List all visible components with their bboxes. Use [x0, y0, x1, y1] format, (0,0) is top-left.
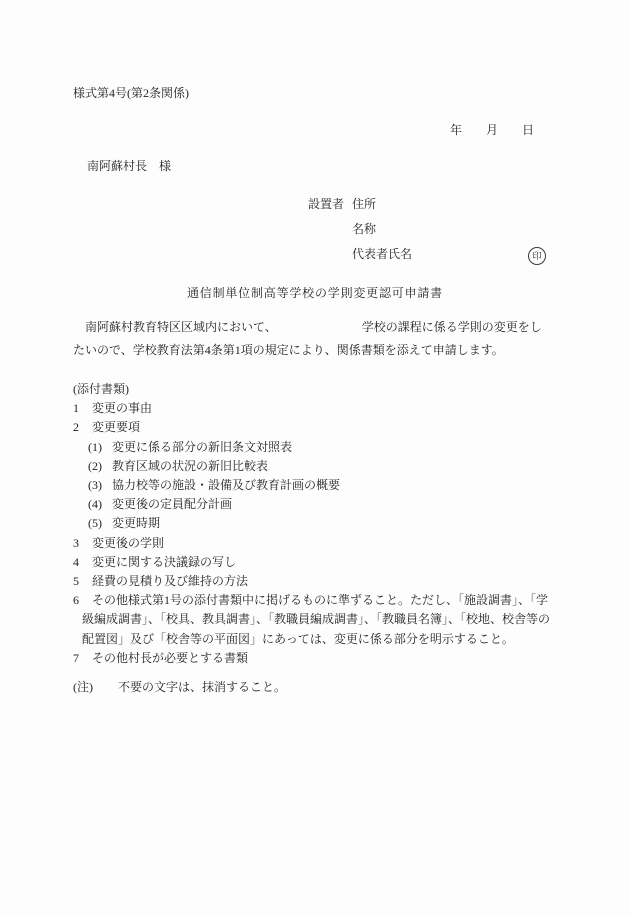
applicant-row: 代表者氏名: [73, 242, 557, 267]
item-number: 4: [73, 553, 92, 572]
item-text: 変更の事由: [92, 401, 152, 415]
list-item: (2)教育区域の状況の新旧比較表: [88, 457, 557, 476]
list-item: 5経費の見積り及び維持の方法: [73, 572, 557, 591]
applicant-row: 設置者 住所: [73, 192, 557, 217]
item-text: 教育区域の状況の新旧比較表: [112, 459, 268, 473]
list-item: 7その他村長が必要とする書類: [73, 649, 557, 668]
attachments-heading: (添付書類): [73, 380, 557, 399]
applicant-block: 設置者 住所 名称 代表者氏名 印: [73, 192, 557, 267]
item-text: その他村長が必要とする書類: [92, 651, 248, 665]
list-item: 2変更要項: [73, 418, 557, 437]
page: 様式第4号(第2条関係) 年 月 日 南阿蘇村長 様 設置者 住所 名称 代表者…: [0, 0, 630, 915]
list-item: (4)変更後の定員配分計画: [88, 495, 557, 514]
item-text: 変更後の定員配分計画: [112, 497, 232, 511]
item-number: 3: [73, 534, 92, 553]
list-item: (3)協力校等の施設・設備及び教育計画の概要: [88, 476, 557, 495]
item-text: 経費の見積り及び維持の方法: [92, 574, 248, 588]
item-number: 5: [73, 572, 92, 591]
item-text: 協力校等の施設・設備及び教育計画の概要: [112, 478, 340, 492]
item-number: (4): [88, 495, 112, 514]
note-label: (注): [73, 678, 118, 697]
form-number: 様式第4号(第2条関係): [73, 83, 557, 103]
application-body: 南阿蘇村教育特区区域内において、学校の課程に係る学則の変更をし たいので、学校教…: [73, 316, 557, 362]
item-number: 1: [73, 399, 92, 418]
list-item: 1変更の事由: [73, 399, 557, 418]
document-title: 通信制単位制高等学校の学則変更認可申請書: [73, 283, 557, 303]
addressee: 南阿蘇村長 様: [87, 156, 557, 176]
item-text: 変更要項: [92, 420, 140, 434]
item-number: (1): [88, 438, 112, 457]
date-line: 年 月 日: [73, 120, 557, 140]
seal-stamp: 印: [528, 247, 546, 265]
body-line-2: たいので、学校教育法第4条第1項の規定により、関係書類を添えて申請します。: [73, 339, 557, 362]
attachments-list: 1変更の事由 2変更要項 (1)変更に係る部分の新旧条文対照表 (2)教育区域の…: [73, 399, 557, 668]
applicant-row: 名称: [73, 217, 557, 242]
note-line: (注)不要の文字は、抹消すること。: [73, 678, 557, 697]
item-number: (2): [88, 457, 112, 476]
item-number: 2: [73, 418, 92, 437]
body-line-1: 南阿蘇村教育特区区域内において、学校の課程に係る学則の変更をし: [73, 316, 557, 339]
address-field-label: 住所: [352, 192, 376, 217]
list-item: 6その他様式第1号の添付書類中に掲げるものに準ずること。ただし、「施設調書」、「…: [73, 591, 557, 649]
representative-field-label: 代表者氏名: [352, 242, 412, 267]
item-text: 変更時期: [112, 516, 160, 530]
item-text: その他様式第1号の添付書類中に掲げるものに準ずること。ただし、「施設調書」、「学…: [82, 593, 550, 645]
list-item: 3変更後の学則: [73, 534, 557, 553]
note-text: 不要の文字は、抹消すること。: [118, 680, 286, 694]
list-item: (5)変更時期: [88, 514, 557, 533]
item-number: (5): [88, 514, 112, 533]
item-number: 7: [73, 649, 92, 668]
name-field-label: 名称: [352, 217, 376, 242]
item-text: 変更後の学則: [92, 536, 164, 550]
item-number: 6: [73, 591, 92, 610]
list-item: (1)変更に係る部分の新旧条文対照表: [88, 438, 557, 457]
item-text: 変更に係る部分の新旧条文対照表: [112, 440, 292, 454]
item-number: (3): [88, 476, 112, 495]
item-text: 変更に関する決議録の写し: [92, 555, 236, 569]
list-item: 4変更に関する決議録の写し: [73, 553, 557, 572]
applicant-role-label: 設置者: [308, 192, 352, 217]
